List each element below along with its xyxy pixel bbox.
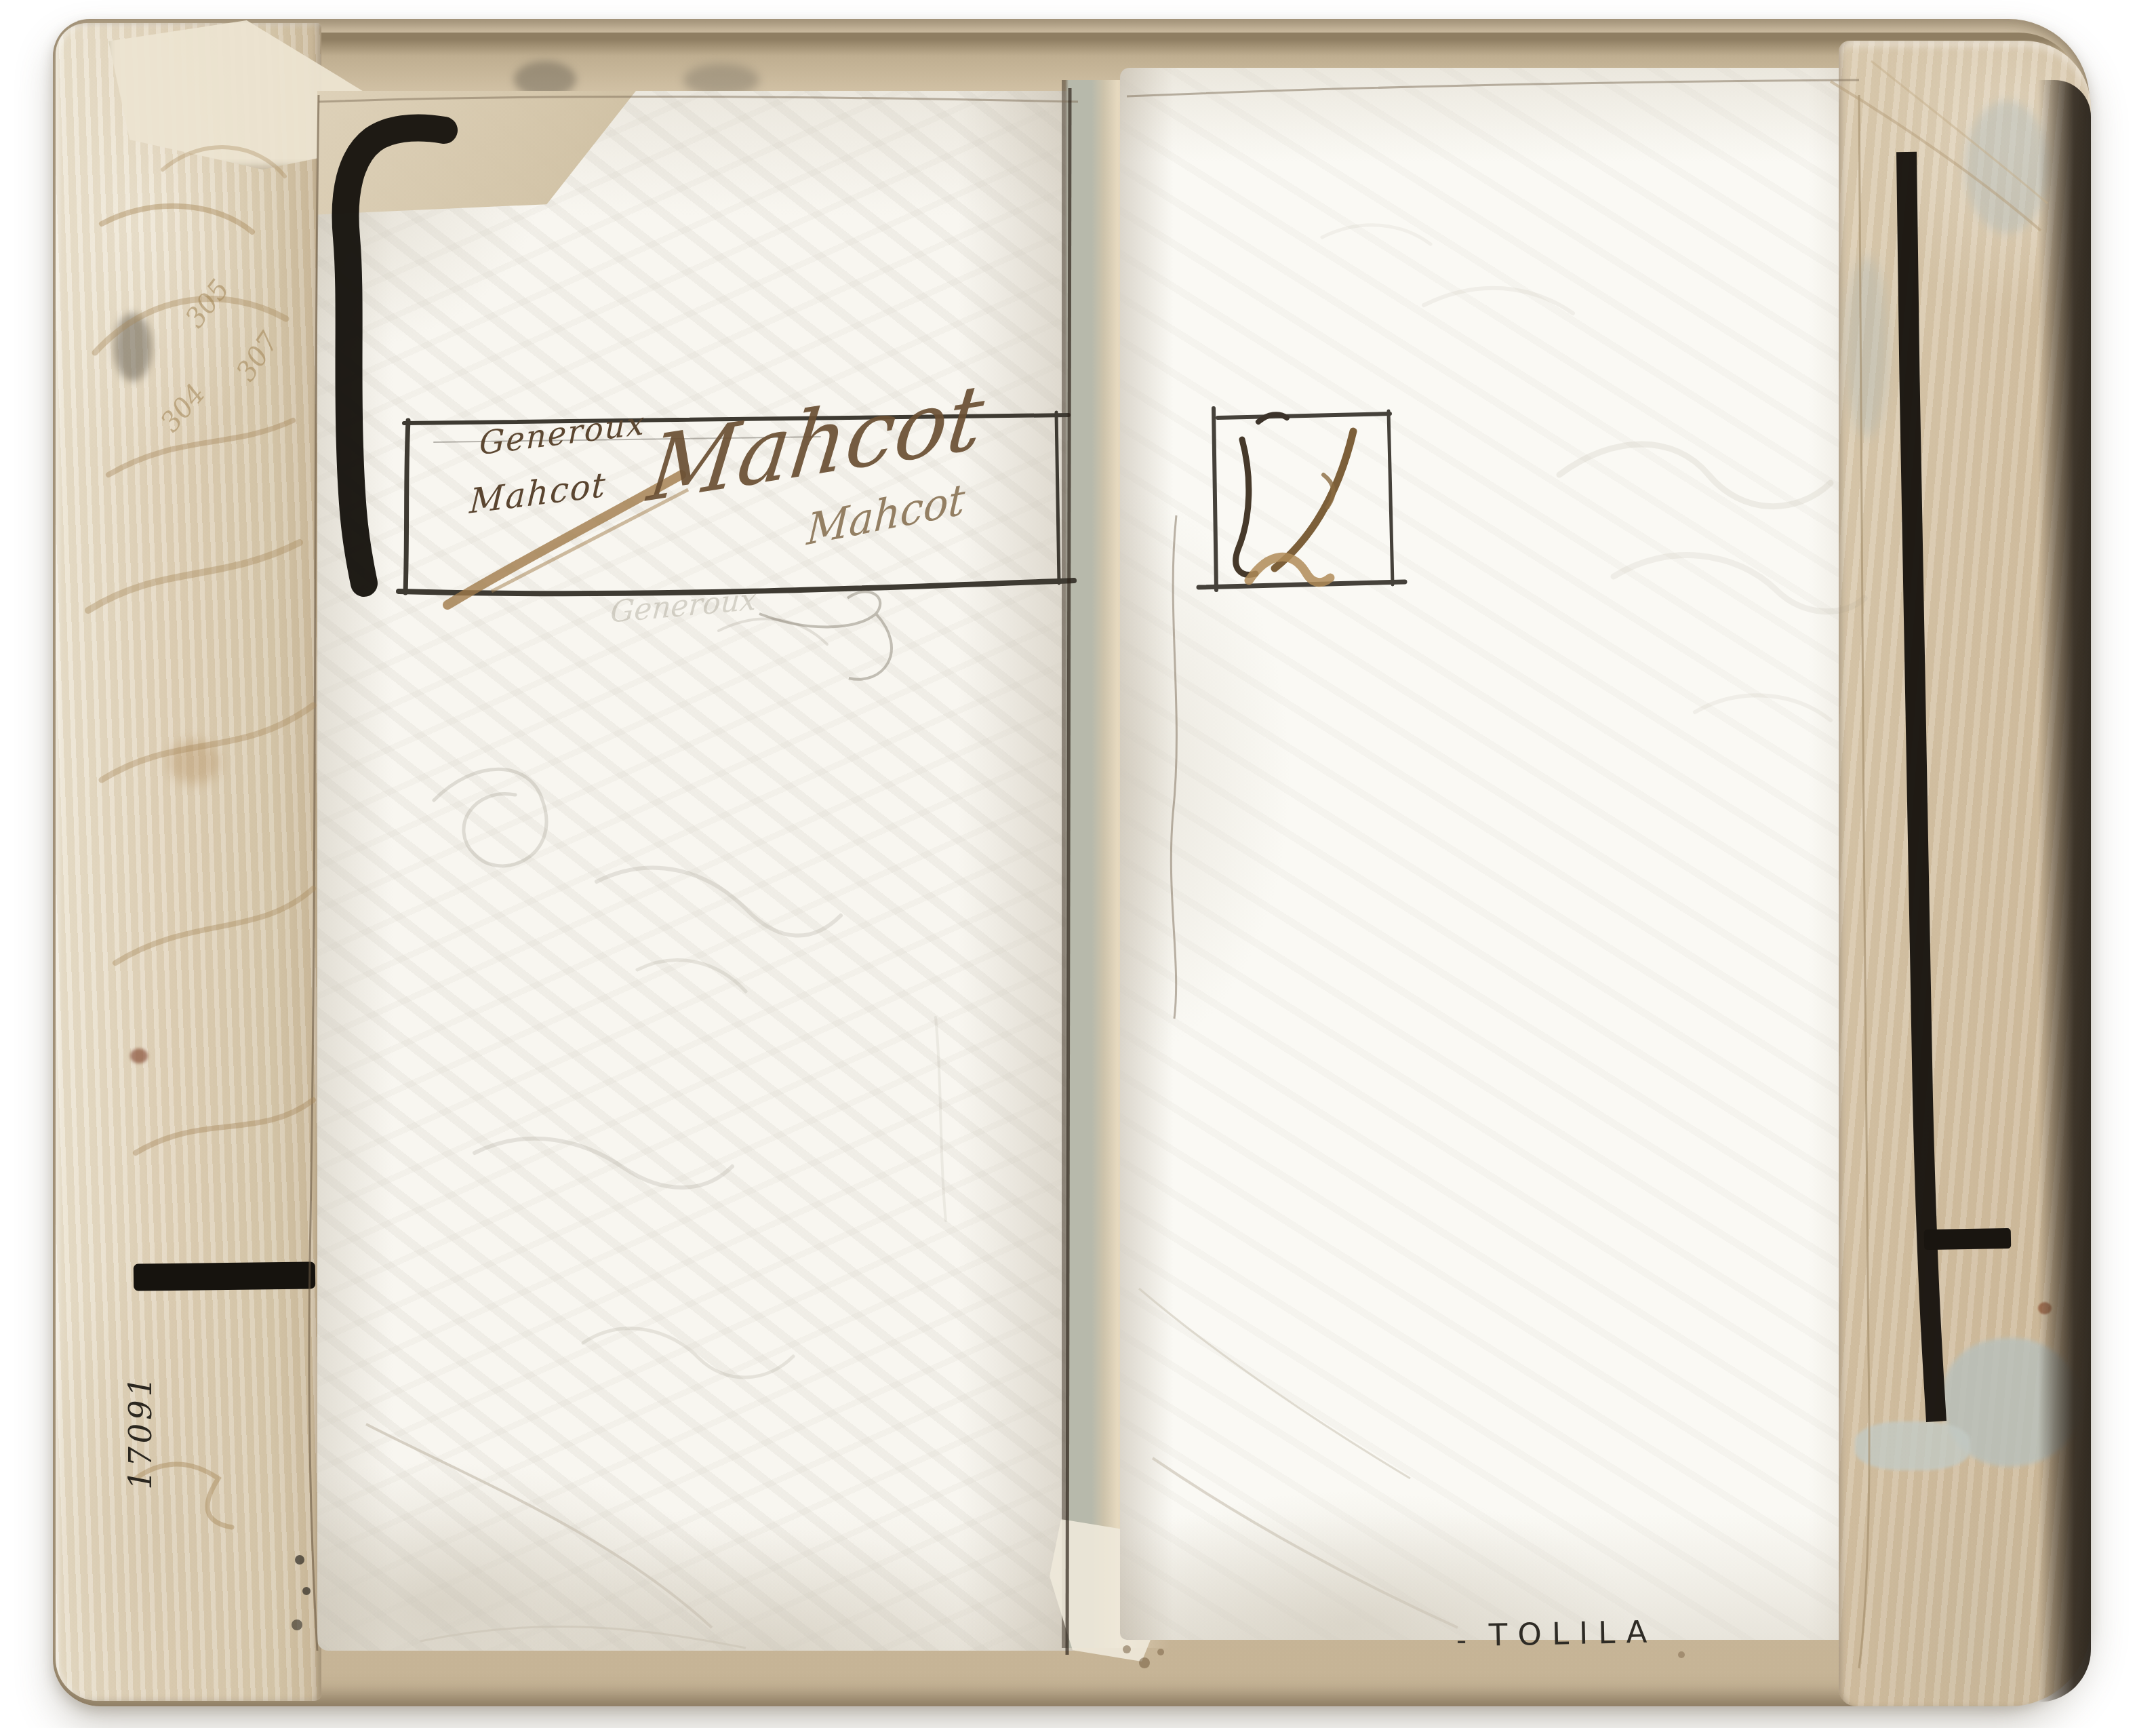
spine-red-stain [130,1048,148,1063]
left-vellum-cover [56,23,321,1701]
inventory-number: 17091 [125,1367,156,1496]
collection-mark-dash: - [1456,1626,1466,1655]
spine-ink-smudge [114,313,152,381]
gray-paint-patch [1855,1421,1970,1470]
collection-mark: TOLILA [1489,1616,1658,1650]
gray-paint-patch [1845,256,1889,438]
left-pastedown-page [317,91,1079,1651]
spine-stain [168,741,220,784]
scanned-book-spread: Generoux Mahcot Mahcot Mahcot Generoux 3… [0,0,2156,1728]
cover-edge-shadow [2038,80,2091,1702]
gray-paint-patch [1965,100,2049,233]
right-pastedown-page [1120,68,1885,1640]
